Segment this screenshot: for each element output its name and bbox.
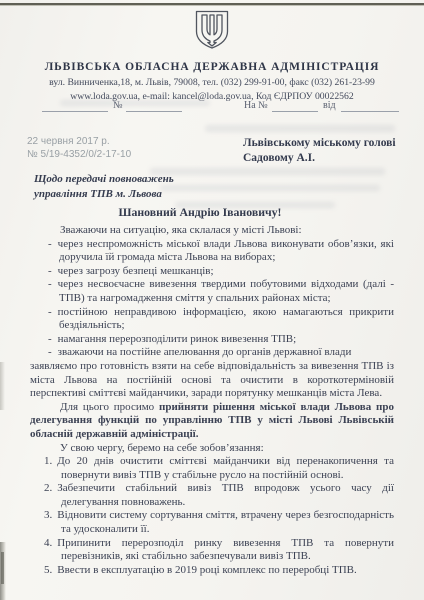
recipient-title: Львівському міському голові <box>243 136 396 151</box>
item-text: Припинити перерозподіл ринку вивезення Т… <box>57 537 394 563</box>
scan-edge-artifact <box>1 552 4 584</box>
ref-blank <box>126 102 182 112</box>
bullet-text: через загрозу безпеці мешканців; <box>58 265 214 277</box>
outgoing-date: 22 червня 2017 р. <box>27 136 131 149</box>
item-text: Ввести в експлуатацію в 2019 році компле… <box>57 564 357 576</box>
item-number: 4. <box>44 537 57 549</box>
scanned-letter-page: ЛЬВІВСЬКА ОБЛАСНА ДЕРЖАВНА АДМІНІСТРАЦІЯ… <box>0 0 424 600</box>
numbered-item: 3.Відновити систему сортування сміття, в… <box>30 509 394 536</box>
salutation: Шановний Андрію Івановичу! <box>0 205 400 220</box>
item-text: До 20 днів очистити сміттєві майданчики … <box>57 455 394 481</box>
outgoing-number: № 5/19-4352/0/2-17-10 <box>27 149 131 162</box>
list-item: -зважаючи на постійне апелювання до орга… <box>30 346 394 360</box>
item-number: 3. <box>44 509 57 521</box>
letter-body: Зважаючи на ситуацію, яка склалася у міс… <box>30 224 394 577</box>
ref-blank <box>42 102 108 112</box>
bleed-through-artifact <box>160 185 380 191</box>
bleed-through-artifact <box>205 125 395 132</box>
org-address: вул. Винниченка,18, м. Львів, 79008, тел… <box>0 77 424 88</box>
bleed-through-artifact <box>150 168 385 175</box>
list-item: -постійною неправдивою інформацією, якою… <box>30 306 394 333</box>
bullet-marker: - <box>48 278 58 290</box>
recipient-block: Львівському міському голові Садовому А.І… <box>243 136 396 165</box>
list-item: -через неспроможність міської влади Льво… <box>30 238 394 265</box>
ref-label-no: № <box>113 100 123 111</box>
bullet-text: через несвоєчасне вивезення твердими поб… <box>58 278 394 304</box>
subject-line-1: Щодо передачі повноважень <box>34 172 174 187</box>
item-number: 5. <box>44 564 57 576</box>
item-text: Забезпечити стабільний вивіз ТПВ впродов… <box>57 482 394 508</box>
outgoing-stamp: 22 червня 2017 р. № 5/19-4352/0/2-17-10 <box>27 136 131 161</box>
item-number: 2. <box>44 482 57 494</box>
bullet-text: постійною неправдивою інформацією, якою … <box>58 306 394 332</box>
bullet-text: через неспроможність міської влади Львов… <box>58 238 394 264</box>
scan-edge-artifact <box>0 5 424 6</box>
statement-paragraph: заявляємо про готовність взяти на себе в… <box>30 360 394 401</box>
list-item: -намагання перерозподілити ринок вивезен… <box>30 333 394 347</box>
numbered-item: 2.Забезпечити стабільний вивіз ТПВ впрод… <box>30 482 394 509</box>
letterhead: ЛЬВІВСЬКА ОБЛАСНА ДЕРЖАВНА АДМІНІСТРАЦІЯ… <box>0 10 424 102</box>
ref-blank <box>272 102 318 112</box>
bullet-text: намагання перерозподілити ринок вивезенн… <box>58 333 297 345</box>
recipient-name: Садовому А.І. <box>243 151 396 166</box>
bullet-text: зважаючи на постійне апелювання до орган… <box>58 346 352 358</box>
ref-blank <box>341 102 399 112</box>
subject-block: Щодо передачі повноважень управління ТПВ… <box>34 172 174 201</box>
bullet-list: -через неспроможність міської влади Льво… <box>30 238 394 360</box>
item-text: Відновити систему сортування сміття, втр… <box>57 509 394 535</box>
bullet-marker: - <box>48 265 58 277</box>
numbered-item: 5.Ввести в експлуатацію в 2019 році комп… <box>30 564 394 578</box>
bullet-marker: - <box>48 333 58 345</box>
scan-edge-artifact <box>0 362 5 410</box>
numbered-item: 4.Припинити перерозподіл ринку вивезення… <box>30 537 394 564</box>
bullet-marker: - <box>48 238 58 250</box>
reference-line: № На № від <box>0 100 424 114</box>
numbered-item: 1.До 20 днів очистити сміттєві майданчик… <box>30 455 394 482</box>
intro-paragraph: Зважаючи на ситуацію, яка склалася у міс… <box>30 224 394 238</box>
list-item: -через несвоєчасне вивезення твердими по… <box>30 278 394 305</box>
trident-coat-of-arms-icon <box>194 10 230 55</box>
obligations-intro: У свою чергу, беремо на себе зобов’язанн… <box>30 442 394 456</box>
org-name: ЛЬВІВСЬКА ОБЛАСНА ДЕРЖАВНА АДМІНІСТРАЦІЯ <box>0 61 424 73</box>
numbered-list: 1.До 20 днів очистити сміттєві майданчик… <box>30 455 394 577</box>
request-prefix: Для цього просимо <box>60 401 159 413</box>
bullet-marker: - <box>48 306 58 318</box>
bullet-marker: - <box>48 346 58 358</box>
ref-label-na-no: На № <box>244 100 268 111</box>
list-item: -через загрозу безпеці мешканців; <box>30 265 394 279</box>
ref-label-vid: від <box>323 100 336 111</box>
item-number: 1. <box>44 455 57 467</box>
subject-line-2: управління ТПВ м. Львова <box>34 187 174 202</box>
request-paragraph: Для цього просимо прийняти рішення міськ… <box>30 401 394 442</box>
